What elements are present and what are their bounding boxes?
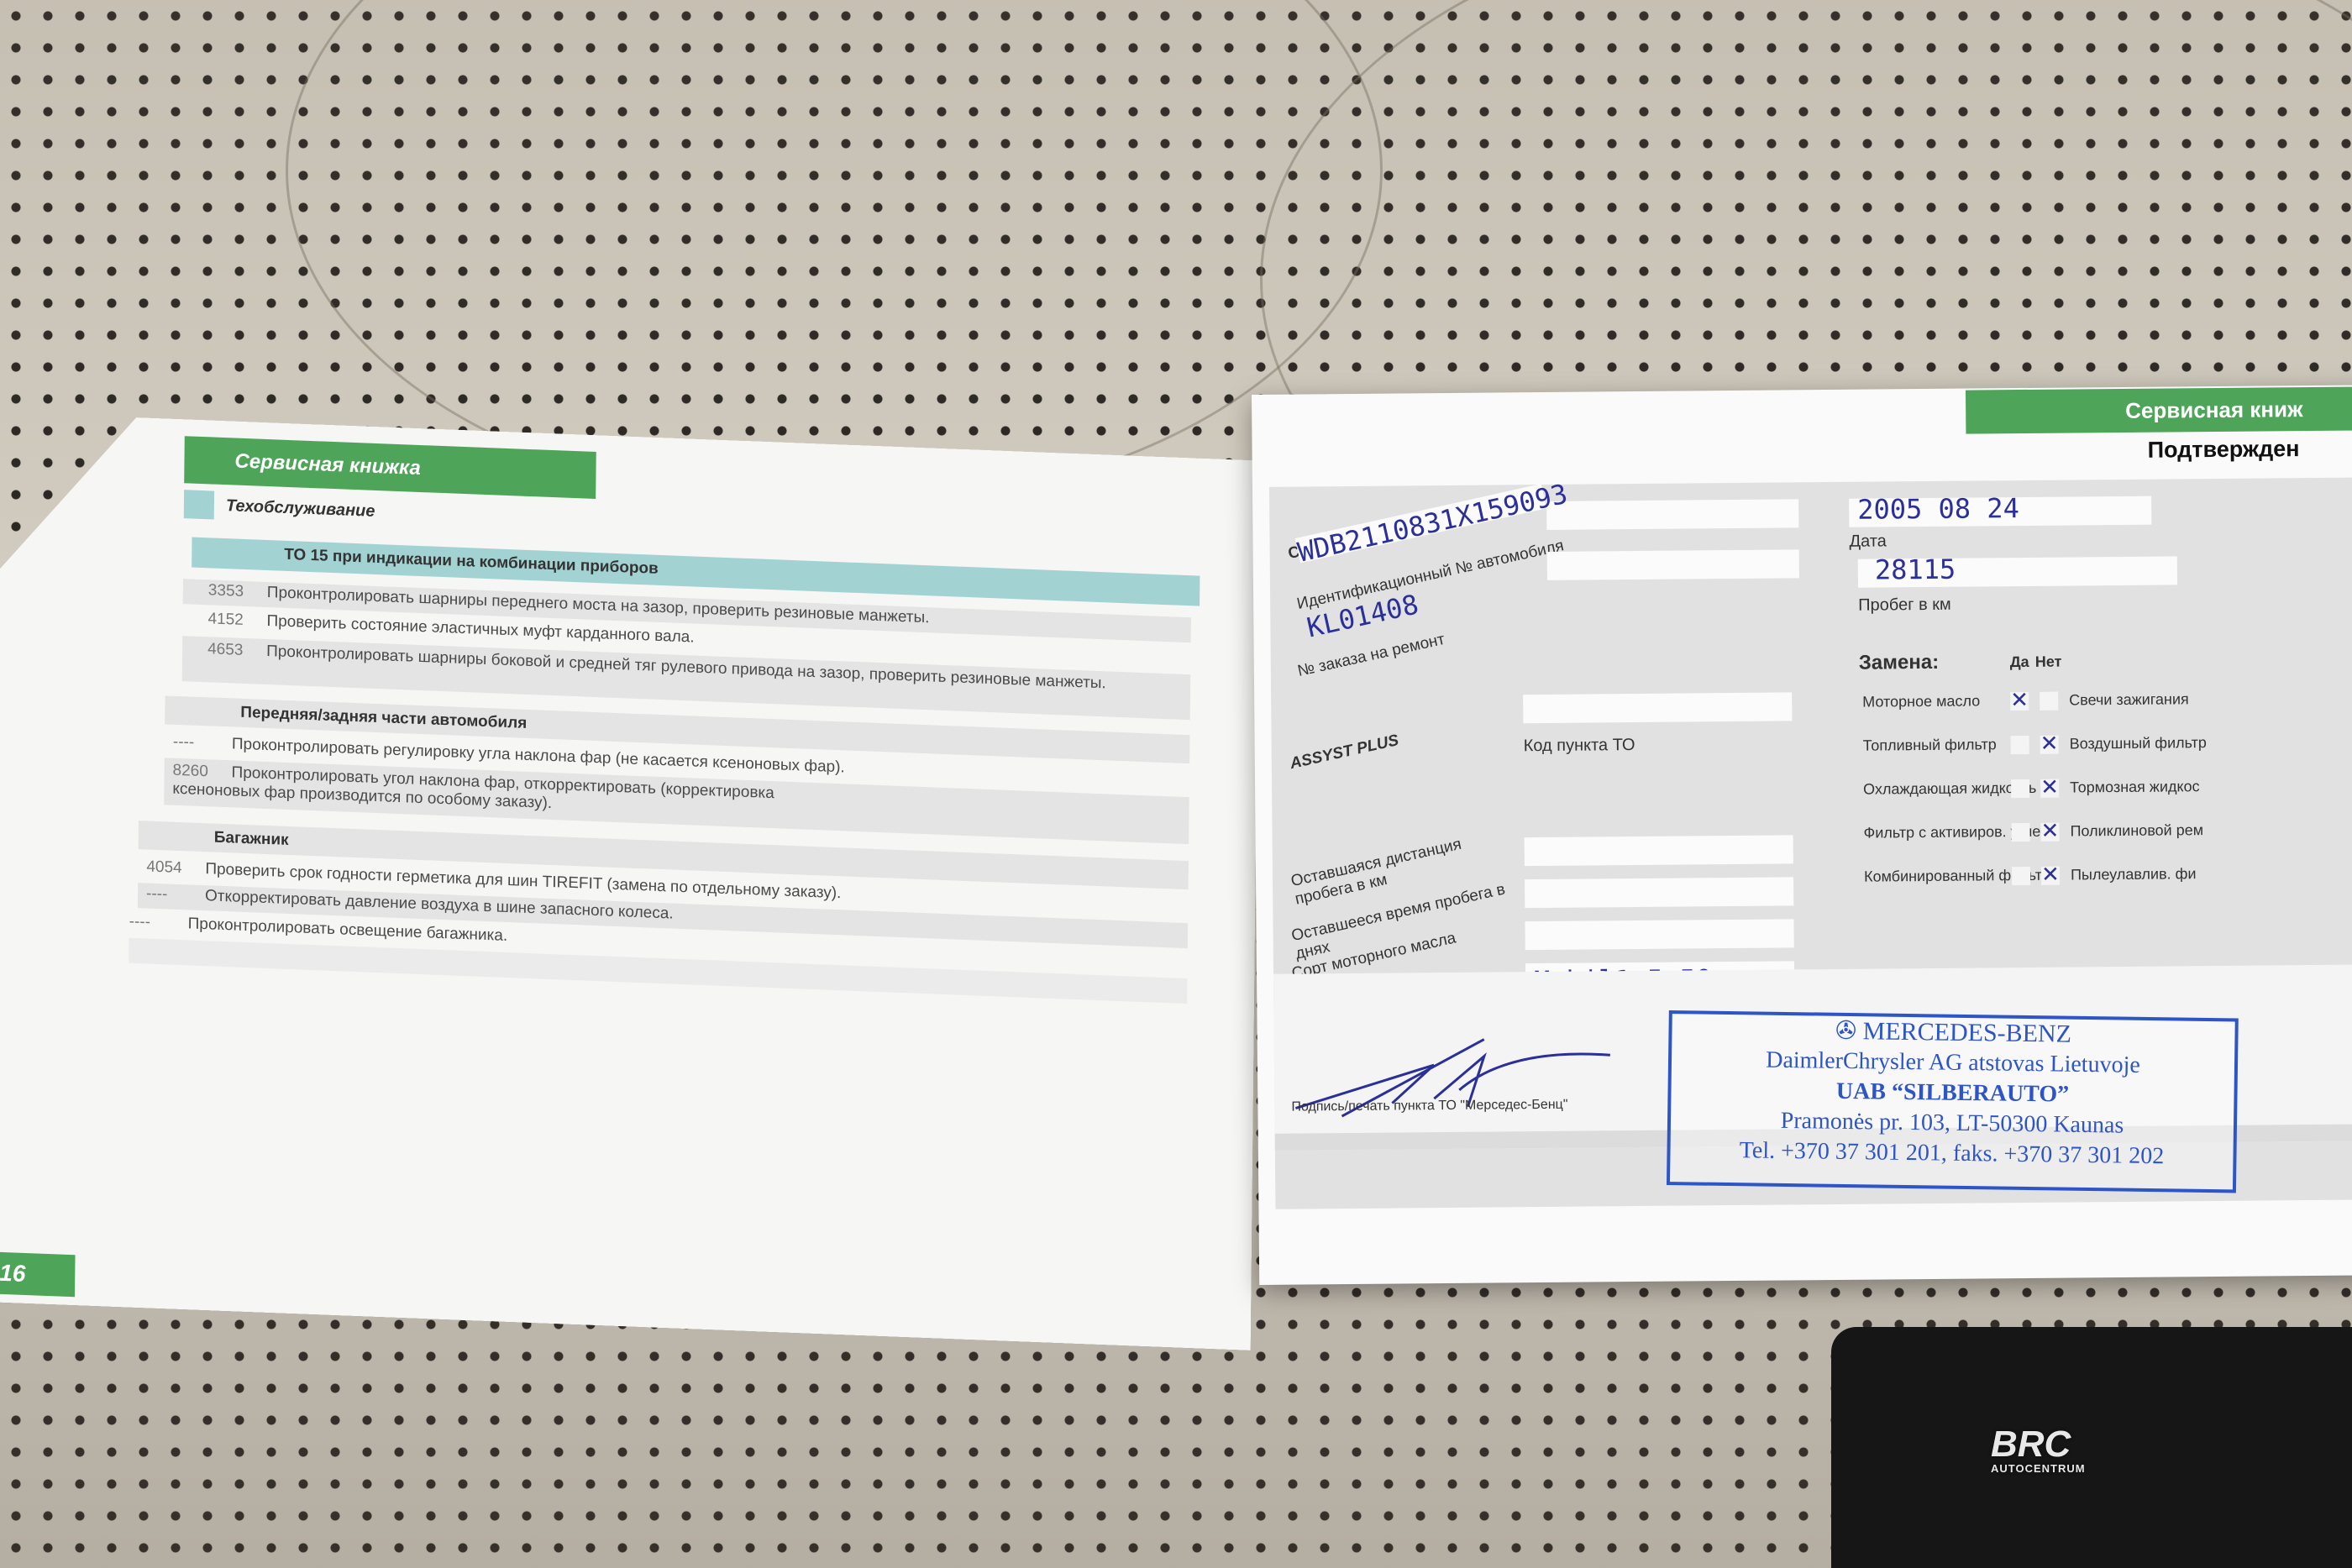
assyst-label: ASSYST PLUS: [1289, 732, 1401, 774]
check-mark: ✕: [2040, 731, 2059, 757]
replacement-item: Воздушный фильтр: [2070, 734, 2207, 753]
replacement-item: Моторное масло: [1862, 692, 1980, 711]
page-number: 16: [0, 1251, 76, 1297]
yes-checkbox[interactable]: [2011, 779, 2029, 798]
check-mark: ✕: [2041, 862, 2060, 888]
right-page: Сервисная книж Подтвержден Сервисные отч…: [1252, 385, 2352, 1285]
left-subheader: Техобслуживание: [226, 496, 375, 522]
dark-object: [1831, 1327, 2352, 1568]
date-value[interactable]: 2005 08 24: [1857, 492, 2019, 526]
yes-checkbox[interactable]: [2011, 736, 2029, 754]
replacement-item: Свечи зажигания: [2069, 690, 2189, 709]
replacement-item: Пылеулавлив. фи: [2071, 865, 2197, 884]
yes-checkbox[interactable]: [2012, 867, 2030, 885]
mercedes-star-icon: ✇: [1835, 1017, 1863, 1045]
subheader-marker: [184, 490, 214, 519]
mileage-value[interactable]: 28115: [1875, 553, 1956, 586]
mileage-label: Пробег в км: [1858, 595, 1951, 616]
section-title: Багажник: [214, 829, 289, 850]
row-bg: [129, 938, 1187, 1004]
check-mark: ✕: [2040, 774, 2059, 800]
replacement-title: Замена:: [1859, 651, 1940, 675]
replacement-item: Поликлиновой рем: [2070, 821, 2203, 840]
remaining-time-field[interactable]: [1525, 877, 1793, 908]
yes-label: Да: [2010, 653, 2029, 671]
right-page-title: Подтвержден: [2147, 436, 2299, 464]
service-code-label: Код пункта ТО: [1524, 736, 1635, 756]
brc-watermark: BRCAUTOCENTRUM: [1991, 1424, 2086, 1475]
check-mark: ✕: [2010, 687, 2029, 713]
dealer-stamp: ✇ MERCEDES-BENZ DaimlerChrysler AG atsto…: [1667, 1010, 2239, 1193]
replacement-item: Тормозная жидкос: [2070, 778, 2200, 796]
no-label: Нет: [2035, 653, 2062, 671]
date-label: Дата: [1849, 532, 1886, 551]
left-page: Сервисная книжка Техобслуживание ТО 15 п…: [0, 412, 1260, 1350]
remaining-distance-field[interactable]: [1525, 835, 1793, 866]
check-mark: ✕: [2040, 818, 2059, 844]
signature-label: Подпись/печать пункта ТО "Мерседес-Бенц": [1291, 1098, 1567, 1115]
replacement-item: Топливный фильтр: [1863, 736, 1997, 754]
replacement-list: Моторное масло ✕Топливный фильтр Охлажда…: [1269, 477, 2352, 487]
no-checkbox[interactable]: [2040, 692, 2058, 711]
right-header-band: Сервисная книж: [1966, 386, 2352, 433]
yes-checkbox[interactable]: [2011, 823, 2029, 842]
left-header-band: Сервисная книжка: [184, 436, 596, 499]
